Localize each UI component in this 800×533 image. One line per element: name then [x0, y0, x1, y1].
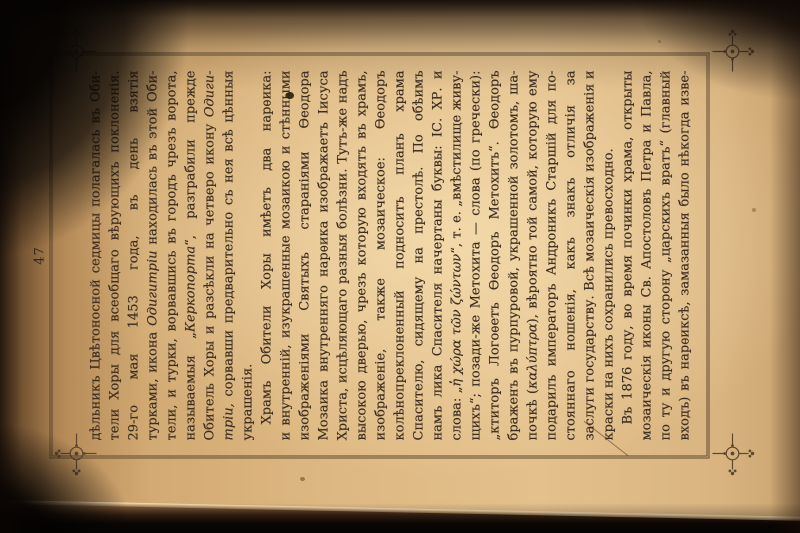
text-line: дѣльникъ Цвѣтоносной седмицы полагалась …	[87, 71, 106, 441]
text-line: мозаическія иконы Св. Апостоловъ Петра и…	[638, 71, 657, 441]
text-line: тели Хоры для всеобщаго вѣрующихъ поклон…	[106, 71, 125, 441]
text-line: украшенія.	[239, 71, 258, 441]
text-line: Въ 1876 году, во время починки храма, от…	[619, 71, 638, 441]
text-line: по ту и другую сторону „царскихъ вратъ“ …	[657, 71, 676, 441]
text-line: Христа, исцѣляющаго разныя болѣзни. Тутъ…	[334, 71, 353, 441]
text-line: изображеніе, также мозаическое: Ѳеодоръ …	[372, 71, 391, 441]
text-line: входъ) въ нарѳиксѣ, замазанныя было нѣко…	[676, 71, 695, 441]
text-line: 29-го мая 1453 года, въ день взятія Конс…	[125, 71, 144, 441]
text-frame-border: дѣльникъ Цвѣтоносной седмицы полагалась …	[50, 53, 710, 459]
text-line: „ктиторъ Логоѳетъ Ѳеодоръ Метохитъ“. Ѳео…	[486, 71, 505, 441]
text-line: щихъ“; позади-же Метохита — слова (по гр…	[467, 71, 486, 441]
book-photo: 47	[0, 0, 800, 533]
text-line: намъ лика Спасителя начертаны буквы: ІС.…	[429, 71, 448, 441]
page-number: 47	[33, 53, 48, 459]
text-line: стояннаго ношенія, какъ знакъ отличія за…	[562, 71, 581, 441]
text-line: слова: „ἡ χώρα τῶν ζώντων“, т. е. „вмѣст…	[448, 71, 467, 441]
text-line: тели, и турки, ворвавшись въ городъ чрез…	[163, 71, 182, 441]
text-line: почкѣ (καλύπτρα), вѣроятно той самой, ко…	[524, 71, 543, 441]
text-line: Храмъ Обители Хоры имѣетъ два нарѳика: в…	[258, 71, 277, 441]
text-line: Мозаика внутренняго нарѳика изображаетъ …	[315, 71, 334, 441]
text-line: и внутренній, изукрашенные мозаикою и ст…	[277, 71, 296, 441]
text-line: Обитель Хоры и разсѣкли на четверо икону…	[201, 71, 220, 441]
text-line: браженъ въ пурпуровой, украшенной золото…	[505, 71, 524, 441]
text-line: Спасителю, сидящему на престолѣ. По обѣи…	[410, 71, 429, 441]
text-line: подарилъ императоръ Андроникъ Старшій дл…	[543, 71, 562, 441]
text-line: турками, икона Одигитріи находилась въ э…	[144, 71, 163, 441]
text-line: высокою дверью, чрезъ которую входятъ въ…	[353, 71, 372, 441]
text-line: называемыя „Керкопорта“, разграбили преж…	[182, 71, 201, 441]
text-line: краски на нихъ сохранились превосходно.	[600, 71, 619, 441]
text-line: колѣнопреклоненный подноситъ планъ храма…	[391, 71, 410, 441]
corner-cross-ornament-icon	[713, 28, 757, 72]
text-line: тріи, сорвавши предварительно съ нея всѣ…	[220, 71, 239, 441]
rotated-page-content: 47	[28, 53, 715, 459]
corner-cross-ornament-icon	[713, 434, 757, 478]
text-line: изображеніями Святыхъ стараніями Ѳеодора…	[296, 71, 315, 441]
text-line: заслуги государству. Всѣ мозаическія изо…	[581, 71, 600, 441]
page-text: дѣльникъ Цвѣтоносной седмицы полагалась …	[56, 59, 704, 453]
